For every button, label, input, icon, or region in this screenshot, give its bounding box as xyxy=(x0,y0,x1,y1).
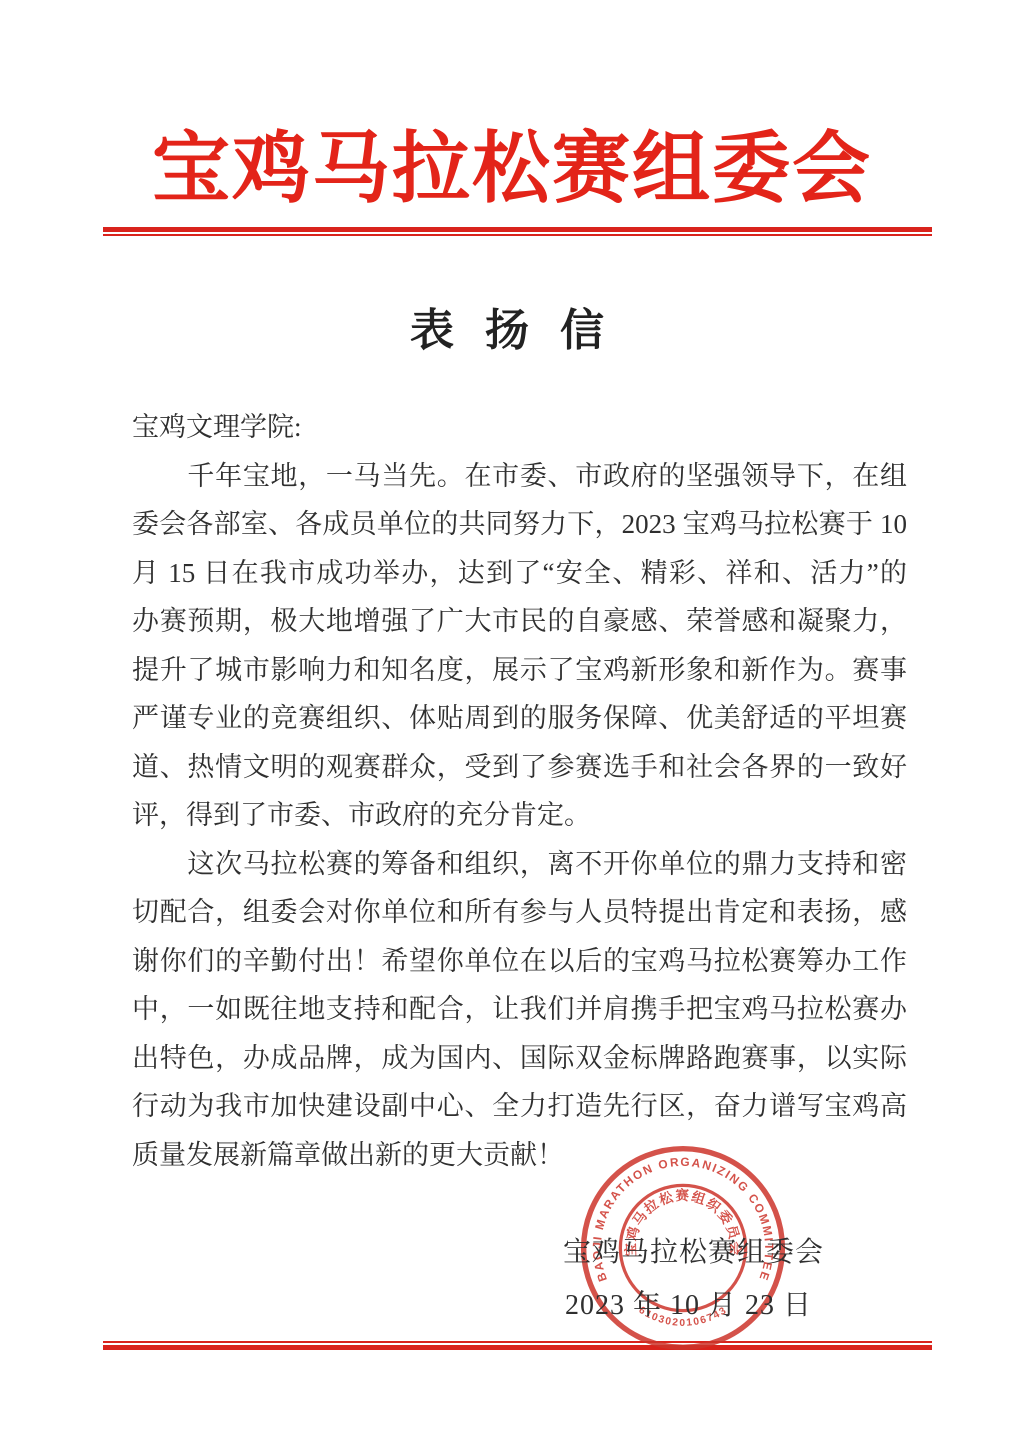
header-rule xyxy=(103,227,932,236)
signature-date: 2023 年 10 月 23 日 xyxy=(565,1283,812,1323)
body-line-p1-5: 提升了城市影响力和知名度，展示了宝鸡新形象和新作为。赛事 xyxy=(132,646,907,695)
body-line-p1-8: 评，得到了市委、市政府的充分肯定。 xyxy=(132,791,907,840)
salutation: 宝鸡文理学院: xyxy=(132,403,907,452)
letterhead-org-title: 宝鸡马拉松赛组委会 xyxy=(0,124,1024,214)
footer-rule xyxy=(103,1341,932,1350)
body-line-p2-3: 谢你们的辛勤付出！希望你单位在以后的宝鸡马拉松赛筹办工作 xyxy=(132,937,907,986)
header-rule-thin-line xyxy=(103,234,932,236)
body-line-p2-4: 中，一如既往地支持和配合，让我们并肩携手把宝鸡马拉松赛办 xyxy=(132,985,907,1034)
body-line-p1-1: 千年宝地，一马当先。在市委、市政府的坚强领导下，在组 xyxy=(132,452,907,501)
body-line-p1-6: 严谨专业的竞赛组织、体贴周到的服务保障、优美舒适的平坦赛 xyxy=(132,694,907,743)
body-line-p1-3: 月 15 日在我市成功举办，达到了“安全、精彩、祥和、活力”的 xyxy=(132,549,907,598)
body-line-p1-7: 道、热情文明的观赛群众，受到了参赛选手和社会各界的一致好 xyxy=(132,743,907,792)
body-line-p1-2: 委会各部室、各成员单位的共同努力下，2023 宝鸡马拉松赛于 10 xyxy=(132,500,907,549)
letter-body: 宝鸡文理学院: 千年宝地，一马当先。在市委、市政府的坚强领导下，在组委会各部室、… xyxy=(132,403,907,1179)
body-line-p2-2: 切配合，组委会对你单位和所有参与人员特提出肯定和表扬，感 xyxy=(132,888,907,937)
body-line-p2-1: 这次马拉松赛的筹备和组织，离不开你单位的鼎力支持和密 xyxy=(132,840,907,889)
body-line-p1-4: 办赛预期，极大地增强了广大市民的自豪感、荣誉感和凝聚力， xyxy=(132,597,907,646)
letter-title: 表 扬 信 xyxy=(0,294,1024,358)
letter-page: 宝鸡马拉松赛组委会 表 扬 信 宝鸡文理学院: 千年宝地，一马当先。在市委、市政… xyxy=(0,0,1024,1448)
footer-rule-thick-line xyxy=(103,1345,932,1350)
body-line-p2-5: 出特色，办成品牌，成为国内、国际双金标牌路跑赛事，以实际 xyxy=(132,1034,907,1083)
body-line-p2-6: 行动为我市加快建设副中心、全力打造先行区，奋力谱写宝鸡高 xyxy=(132,1082,907,1131)
signature-org-name: 宝鸡马拉松赛组委会 xyxy=(563,1230,824,1270)
